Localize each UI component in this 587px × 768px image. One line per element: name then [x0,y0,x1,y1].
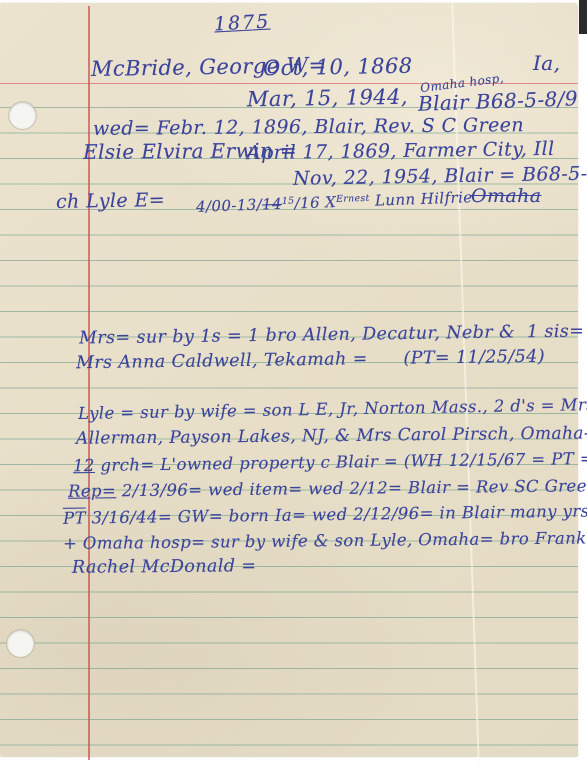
husband-death-date: Mar, 15, 1944, [247,87,408,111]
husband-birth-date: Oct, 10, 1868 [263,56,413,80]
child-place-struck: Omaha [471,187,542,206]
child-dates-prefix: 4/00-13/ [196,196,263,216]
child-dates-suffix: /16 X [294,193,336,212]
child-spouse-insert: Ernest [336,193,370,205]
child-label: ch Lyle E= [56,191,165,212]
scan-edge-artifact [579,0,587,34]
husband-burial-plot: Blair B68-5-8/9 [418,88,579,114]
source-line1-label: Rep= [68,481,116,501]
grandchildren-count: 12 [73,456,95,475]
year-heading: 1875 [214,13,271,35]
punch-hole-bottom [7,630,34,657]
wife-birth: April 17, 1869, Farmer City, Ill [247,140,555,163]
notebook-page: 1875 McBride, George W= Oct, 10, 1868 Ia… [0,3,578,757]
source-line4: Rachel McDonald = [72,558,257,577]
child-dates-superscript: 15 [282,195,295,206]
husband-birth-place: Ia, [533,53,560,73]
source-line2-label: PT [63,508,86,527]
child-spouse-name: Lunn Hilfrie [370,188,473,210]
child-dates-struck: 14 [262,195,283,214]
left-margin-line [88,6,90,760]
marriage-line: wed= Febr. 12, 1896, Blair, Rev. S C Gre… [93,116,524,139]
wife-death: Nov, 22, 1954, Blair = B68-5-8/9 [293,164,587,189]
punch-hole-top [9,102,36,129]
